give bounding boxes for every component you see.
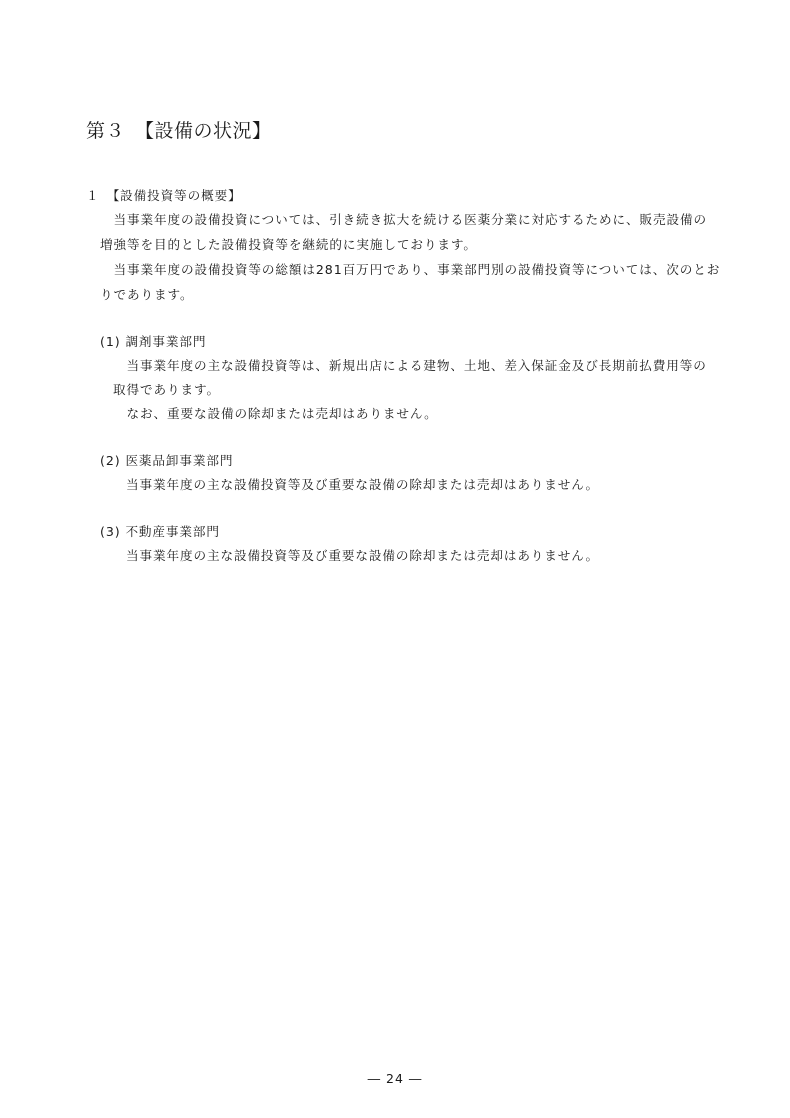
paragraph-line: 当事業年度の設備投資については、引き続き拡大を続ける医薬分業に対応するために、販… — [100, 212, 707, 228]
paragraph-line: 増強等を目的とした設備投資等を継続的に実施しております。 — [100, 237, 477, 253]
subsection-heading-dispensing: (1) 調剤事業部門 — [100, 334, 206, 350]
subsection-heading-real-estate: (3) 不動産事業部門 — [100, 524, 220, 540]
subsection-line: 当事業年度の主な設備投資等は、新規出店による建物、土地、差入保証金及び長期前払費… — [113, 358, 707, 374]
subsection-line: なお、重要な設備の除却または売却はありません。 — [113, 406, 438, 422]
subsection-line: 当事業年度の主な設備投資等及び重要な設備の除却または売却はありません。 — [126, 477, 599, 493]
subsection-line: 取得であります。 — [113, 382, 220, 398]
page-title: 第３ 【設備の状況】 — [86, 116, 272, 143]
paragraph-line: りであります。 — [100, 287, 193, 303]
subsection-line: 当事業年度の主な設備投資等及び重要な設備の除却または売却はありません。 — [126, 548, 599, 564]
section-heading-overview: １ 【設備投資等の概要】 — [86, 188, 242, 204]
paragraph-line: 当事業年度の設備投資等の総額は281百万円であり、事業部門別の設備投資等について… — [100, 262, 720, 278]
page-number: ― 24 ― — [0, 1071, 790, 1086]
subsection-heading-wholesale: (2) 医薬品卸事業部門 — [100, 453, 233, 469]
